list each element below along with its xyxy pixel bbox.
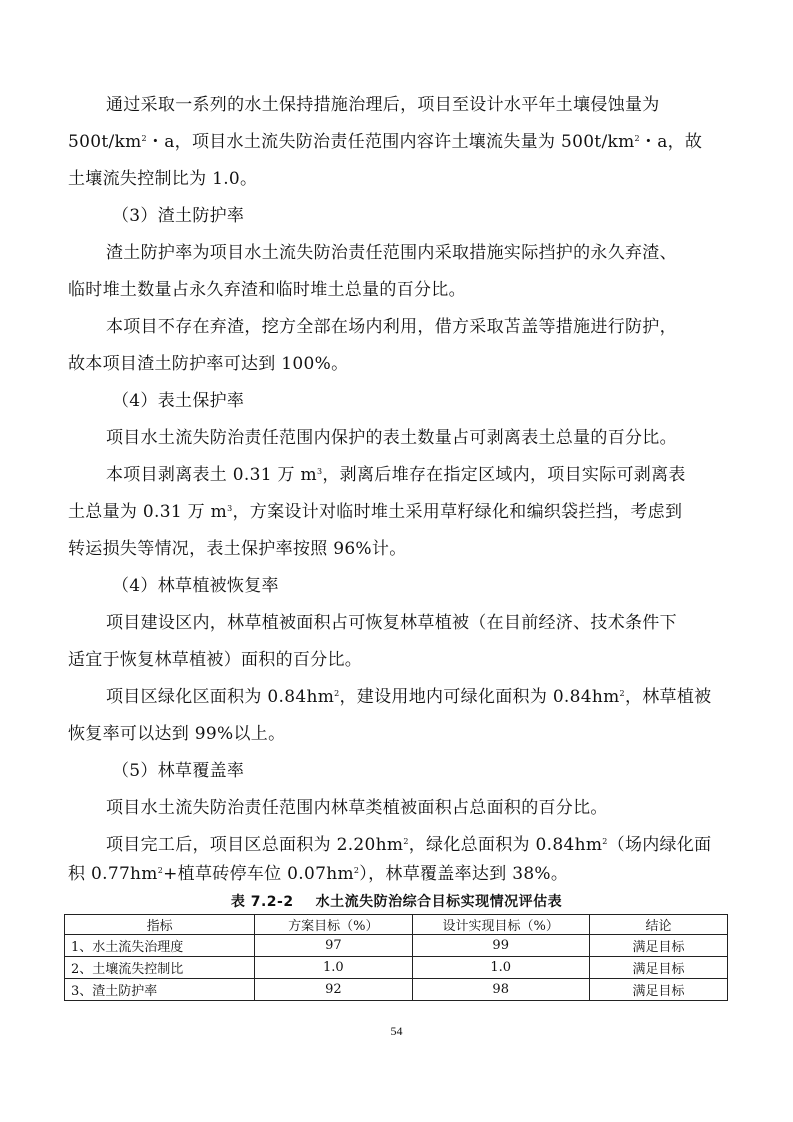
paragraph-line: 项目区绿化区面积为 0.84hm2，建设用地内可绿化面积为 0.84hm2，林草… xyxy=(106,687,766,707)
paragraph-line: 500t/km2・a，项目水土流失防治责任范围内容许土壤流失量为 500t/km… xyxy=(68,132,728,152)
paragraph-line: 本项目剥离表土 0.31 万 m3，剥离后堆存在指定区域内，项目实际可剥离表 xyxy=(106,465,766,485)
cell-indicator: 2、土壤流失控制比 xyxy=(65,957,255,979)
paragraph-line: 恢复率可以达到 99%以上。 xyxy=(68,724,728,744)
paragraph-line: 本项目不存在弃渣，挖方全部在场内利用，借方采取苫盖等措施进行防护， xyxy=(106,317,766,337)
paragraph-line: 转运损失等情况，表土保护率按照 96%计。 xyxy=(68,539,728,559)
paragraph-line: 积 0.77hm2+植草砖停车位 0.07hm2），林草覆盖率达到 38%。 xyxy=(68,864,728,884)
cell-conclusion: 满足目标 xyxy=(589,935,727,957)
paragraph-line: 通过采取一系列的水土保持措施治理后，项目至设计水平年土壤侵蚀量为 xyxy=(106,95,766,115)
paragraph-line: 土壤流失控制比为 1.0。 xyxy=(68,169,728,189)
table-number: 表 7.2-2 xyxy=(231,894,294,910)
paragraph-line: 土总量为 0.31 万 m3，方案设计对临时堆土采用草籽绿化和编织袋拦挡，考虑到 xyxy=(68,502,728,522)
header-conclusion: 结论 xyxy=(589,915,727,935)
header-design-achieved: 设计实现目标（%） xyxy=(412,915,589,935)
header-indicator: 指标 xyxy=(65,915,255,935)
section-heading-vegetation-coverage: （5）林草覆盖率 xyxy=(112,761,772,781)
cell-conclusion: 满足目标 xyxy=(589,979,727,1001)
page-number: 54 xyxy=(0,1024,793,1039)
document-page: 通过采取一系列的水土保持措施治理后，项目至设计水平年土壤侵蚀量为 500t/km… xyxy=(0,0,793,1122)
paragraph-line: 项目完工后，项目区总面积为 2.20hm2，绿化总面积为 0.84hm2（场内绿… xyxy=(106,835,766,855)
paragraph-line: 项目水土流失防治责任范围内保护的表土数量占可剥离表土总量的百分比。 xyxy=(106,428,766,448)
evaluation-table: 指标 方案目标（%） 设计实现目标（%） 结论 1、水土流失治理度 97 99 … xyxy=(64,914,728,1001)
cell-design-achieved: 98 xyxy=(412,979,589,1001)
cell-indicator: 1、水土流失治理度 xyxy=(65,935,255,957)
paragraph-line: 项目建设区内，林草植被面积占可恢复林草植被（在目前经济、技术条件下 xyxy=(106,613,766,633)
table-row: 1、水土流失治理度 97 99 满足目标 xyxy=(65,935,728,957)
cell-indicator: 3、渣土防护率 xyxy=(65,979,255,1001)
cell-plan-target: 92 xyxy=(255,979,412,1001)
paragraph-line: 渣土防护率为项目水土流失防治责任范围内采取措施实际挡护的永久弃渣、 xyxy=(106,243,766,263)
table-row: 3、渣土防护率 92 98 满足目标 xyxy=(65,979,728,1001)
cell-design-achieved: 1.0 xyxy=(412,957,589,979)
cell-plan-target: 97 xyxy=(255,935,412,957)
paragraph-line: 故本项目渣土防护率可达到 100%。 xyxy=(68,354,728,374)
paragraph-line: 项目水土流失防治责任范围内林草类植被面积占总面积的百分比。 xyxy=(106,798,766,818)
cell-plan-target: 1.0 xyxy=(255,957,412,979)
table-title: 水土流失防治综合目标实现情况评估表 xyxy=(316,894,563,910)
table-caption: 表 7.2-2水土流失防治综合目标实现情况评估表 xyxy=(0,893,793,911)
section-heading-vegetation-restoration: （4）林草植被恢复率 xyxy=(112,576,772,596)
table-header-row: 指标 方案目标（%） 设计实现目标（%） 结论 xyxy=(65,915,728,935)
section-heading-topsoil-protection: （4）表土保护率 xyxy=(112,391,772,411)
table-row: 2、土壤流失控制比 1.0 1.0 满足目标 xyxy=(65,957,728,979)
section-heading-slag-protection: （3）渣土防护率 xyxy=(112,206,772,226)
paragraph-line: 临时堆土数量占永久弃渣和临时堆土总量的百分比。 xyxy=(68,280,728,300)
cell-conclusion: 满足目标 xyxy=(589,957,727,979)
header-plan-target: 方案目标（%） xyxy=(255,915,412,935)
paragraph-line: 适宜于恢复林草植被）面积的百分比。 xyxy=(68,650,728,670)
cell-design-achieved: 99 xyxy=(412,935,589,957)
